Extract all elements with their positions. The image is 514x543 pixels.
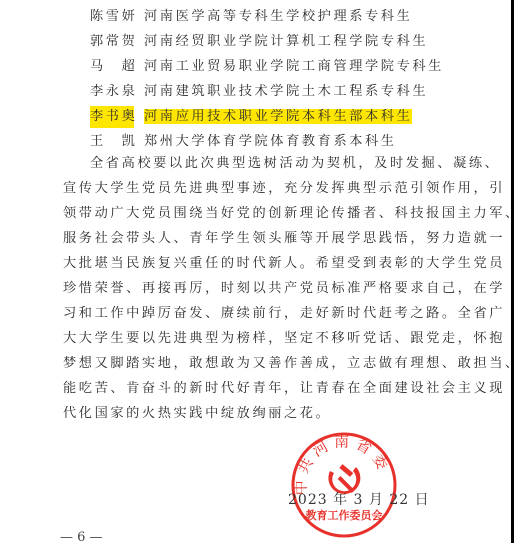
paragraph-line: 全省高校要以此次典型选树活动为契机，及时发掘、凝练、 [90,153,500,175]
document-date: 2023 年 3 月 22 日 [288,489,430,509]
person-name: 郭常贺 [90,31,140,53]
paragraph-line: 习和工作中踔厉奋发、赓续前行，走好新时代赶考之路。全省广 [63,303,505,325]
paragraph-line: 珍惜荣誉、再接再厉，时刻以共产党员标准严格要求自己，在学 [63,278,505,300]
paragraph-line: 宣传大学生党员先进典型事迹，充分发挥典型示范引领作用，引 [63,178,505,200]
list-item: 陈雪妍河南医学高等专科生学校护理系专科生 [90,6,412,28]
seal-inner-text: 教育工作委员会 [305,508,383,522]
person-unit: 河南建筑职业技术学院土木工程系专科生 [144,84,428,99]
list-item: 李永泉河南建筑职业技术学院土木工程系专科生 [90,81,428,103]
page-number: — 6 — [60,530,103,543]
person-unit: 河南工业贸易职业学院工商管理学院专科生 [144,59,444,74]
list-item-highlighted: 李书奥河南应用技术职业学院本科生部本科生 [90,106,412,128]
person-name: 马 超 [90,56,140,78]
person-name-highlighted: 李书奥 [90,106,134,128]
list-item: 郭常贺河南经贸职业学院计算机工程学院专科生 [90,31,428,53]
paragraph-line: 领带动广大党员围绕当好党的创新理论传播者、科技报国主力军、 [63,203,514,225]
person-unit: 河南经贸职业学院计算机工程学院专科生 [144,34,428,49]
document-page: 陈雪妍河南医学高等专科生学校护理系专科生 郭常贺河南经贸职业学院计算机工程学院专… [0,0,511,543]
official-seal: 中共河南省委 教育工作委员会 [290,431,398,539]
paragraph-line: 代化国家的火热实践中绽放绚丽之花。 [63,403,331,425]
paragraph-line: 大大学生要以先进典型为榜样，坚定不移听党话、跟党走，怀抱 [63,328,505,350]
list-item: 马 超河南工业贸易职业学院工商管理学院专科生 [90,56,444,78]
seal-icon: 中共河南省委 教育工作委员会 [290,431,398,539]
paragraph-line: 大批堪当民族复兴重任的时代新人。希望受到表彰的大学生党员 [63,253,505,275]
paragraph-line: 服务社会带头人、青年学生领头雁等开展学思践悟，努力造就一 [63,228,505,250]
person-name: 李永泉 [90,81,140,103]
person-unit: 郑州大学体育学院体育教育系本科生 [144,134,397,149]
paragraph-line: 梦想又脚踏实地，敢想敢为又善作善成，立志做有理想、敢担当、 [63,353,514,375]
list-item: 王 凯郑州大学体育学院体育教育系本科生 [90,131,397,153]
svg-text:中共河南省委: 中共河南省委 [292,433,394,496]
person-unit: 河南医学高等专科生学校护理系专科生 [144,9,412,24]
person-name: 王 凯 [90,131,140,153]
paragraph-line: 能吃苦、肯奋斗的新时代好青年，让青春在全面建设社会主义现 [63,378,505,400]
person-unit-highlighted: 河南应用技术职业学院本科生部本科生 [144,109,412,124]
person-name: 陈雪妍 [90,6,140,28]
